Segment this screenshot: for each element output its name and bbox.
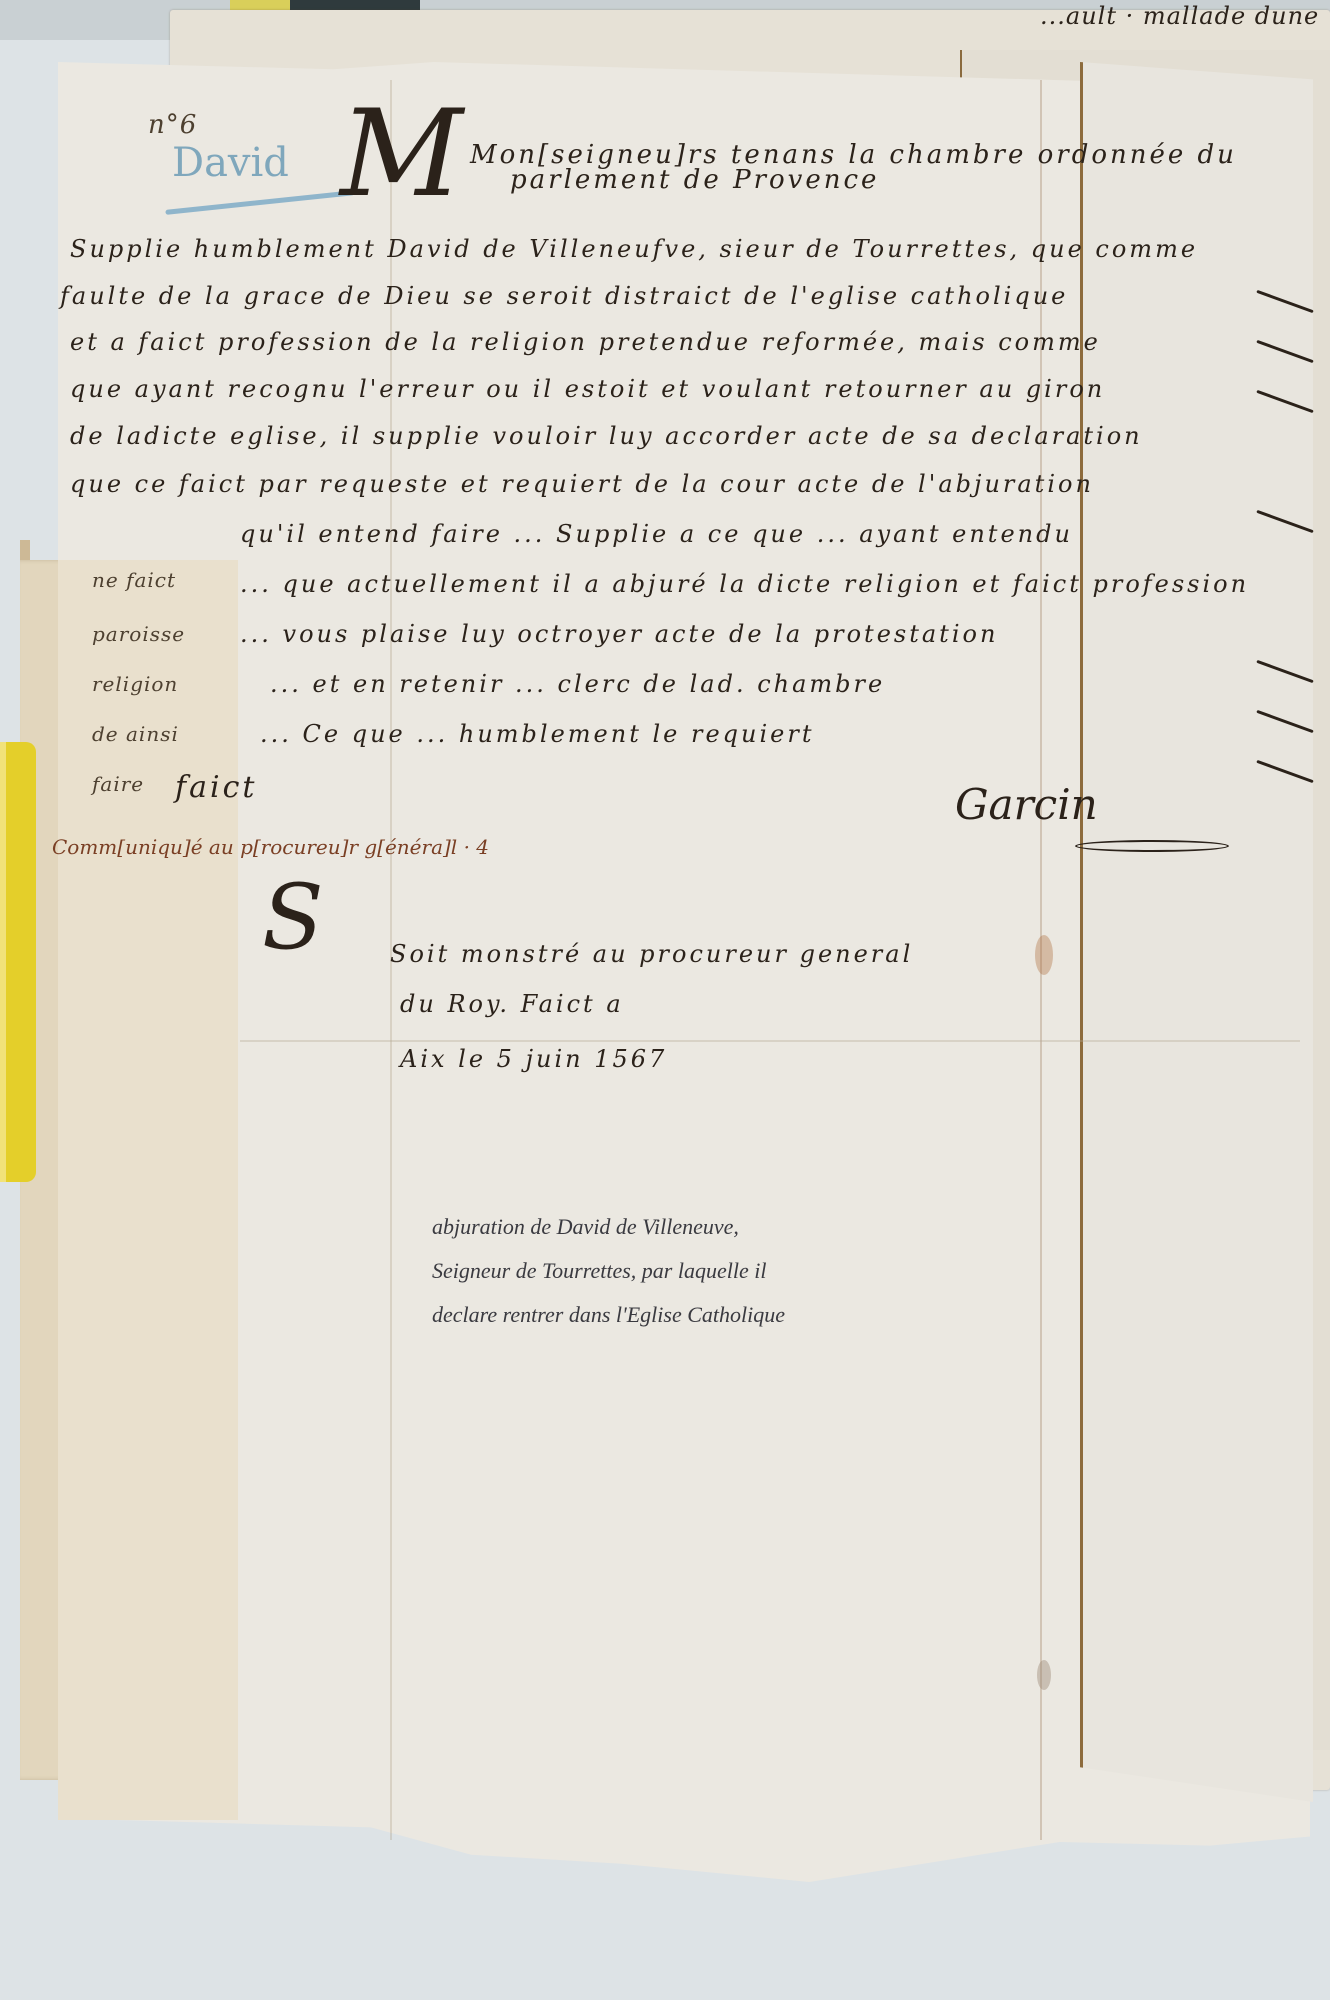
signature: Garcin	[955, 780, 1098, 829]
body-line: ... Ce que ... humblement le requiert	[260, 720, 814, 748]
red-margin-note: Comm[uniqu]é au p[rocureu]r g[énéra]l · …	[52, 835, 489, 859]
signature-flourish	[1075, 840, 1229, 852]
decorative-initial-endorsement: S	[262, 865, 324, 970]
endorsement-line: Soit monstré au procureur general	[390, 940, 913, 968]
decorative-initial: M	[340, 95, 463, 215]
rust-stain	[1035, 935, 1053, 975]
body-line: et a faict profession de la religion pre…	[70, 328, 1101, 356]
back-sheet-fragment-text: ...ault · mallade dune	[1040, 2, 1319, 30]
body-line: faulte de la grace de Dieu se seroit dis…	[60, 282, 1068, 310]
margin-note: faire	[92, 772, 144, 796]
body-line: Supplie humblement David de Villeneufve,…	[70, 235, 1198, 263]
stain	[1037, 1660, 1051, 1690]
body-line: ... et en retenir ... clerc de lad. cham…	[270, 670, 885, 698]
body-line: de ladicte eglise, il supplie vouloir lu…	[70, 422, 1143, 450]
margin-note: de ainsi	[92, 722, 179, 746]
body-line: faict	[175, 770, 257, 805]
blue-pencil-label: David	[172, 140, 289, 186]
margin-note: religion	[92, 672, 178, 696]
margin-note: ne faict	[92, 568, 176, 592]
annotation-line: Seigneur de Tourrettes, par laquelle il	[432, 1249, 785, 1293]
document-number: n°6	[148, 110, 197, 140]
annotation-line: declare rentrer dans l'Eglise Catholique	[432, 1293, 785, 1337]
endorsement-line: du Roy. Faict a	[400, 990, 624, 1018]
yellow-tab-marker	[0, 742, 36, 1182]
annotation-line: abjuration de David de Villeneuve,	[432, 1205, 785, 1249]
modern-annotation: abjuration de David de Villeneuve, Seign…	[432, 1205, 785, 1337]
body-line: ... que actuellement il a abjuré la dict…	[240, 570, 1249, 598]
horizontal-fold	[240, 1040, 1300, 1042]
body-line: qu'il entend faire ... Supplie a ce que …	[240, 520, 1073, 548]
page-left-margin	[58, 560, 238, 1820]
address-line-2: parlement de Provence	[510, 165, 879, 195]
body-line: que ayant recognu l'erreur ou il estoit …	[70, 375, 1105, 403]
body-line: que ce faict par requeste et requiert de…	[70, 470, 1094, 498]
endorsement-line: Aix le 5 juin 1567	[400, 1045, 667, 1073]
body-line: ... vous plaise luy octroyer acte de la …	[240, 620, 998, 648]
page-right-fold	[1080, 62, 1313, 1802]
margin-note: paroisse	[92, 622, 185, 646]
